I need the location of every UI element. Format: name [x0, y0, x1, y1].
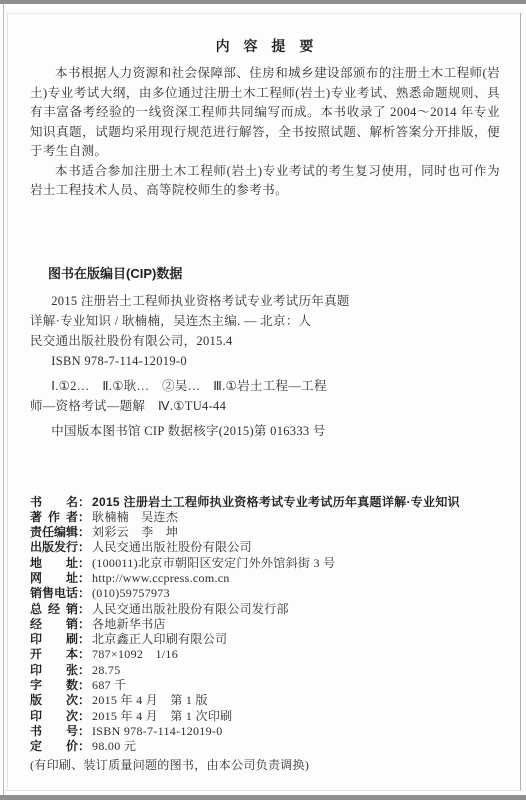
- colophon-label: 版次: [30, 693, 78, 708]
- colophon-row: 印刷：北京鑫正人印刷有限公司: [30, 632, 500, 647]
- colophon-value: 787×1092 1/16: [92, 647, 178, 662]
- colophon-separator: ：: [78, 617, 90, 632]
- colophon-row: 定价：98.00 元: [30, 739, 500, 754]
- colophon-label: 开本: [30, 647, 78, 662]
- colophon-label: 出版发行: [30, 540, 78, 555]
- colophon-label: 印次: [30, 709, 78, 724]
- colophon-value: 2015 年 4 月 第 1 次印刷: [92, 709, 232, 724]
- colophon-row: 出版发行：人民交通出版社股份有限公司: [30, 540, 500, 555]
- colophon-row: 字数：687 千: [30, 678, 500, 693]
- colophon-value: 北京鑫正人印刷有限公司: [92, 632, 227, 647]
- colophon-value: 2015 年 4 月 第 1 版: [92, 693, 208, 708]
- colophon-separator: ：: [78, 739, 90, 754]
- colophon-row: 书名：2015 注册岩土工程师执业资格考试专业考试历年真题详解·专业知识: [30, 495, 500, 510]
- page-content: 内 容 提 要 本书根据人力资源和社会保障部、住房和城乡建设部颁布的注册土木工程…: [0, 36, 526, 773]
- summary-title: 内 容 提 要: [30, 36, 500, 56]
- colophon-separator: ：: [78, 510, 90, 525]
- colophon-note: (有印刷、装订质量问题的图书，由本公司负责调换): [30, 758, 500, 773]
- colophon-label: 著作者: [30, 510, 78, 525]
- page-bottom-edge: [0, 795, 526, 800]
- colophon-label: 印张: [30, 663, 78, 678]
- colophon-separator: ：: [78, 693, 90, 708]
- colophon-value: ISBN 978-7-114-12019-0: [92, 724, 222, 739]
- colophon-separator: ：: [78, 724, 90, 739]
- colophon-label: 书名: [30, 495, 78, 510]
- colophon-value: 687 千: [92, 678, 127, 693]
- page-bottom-edge-line: [4, 790, 522, 791]
- colophon-row: 销售电话：(010)59757973: [30, 586, 500, 601]
- colophon-label: 经销: [30, 617, 78, 632]
- colophon-value: 98.00 元: [92, 739, 136, 754]
- cip-block: 2015 注册岩土工程师执业资格考试专业考试历年真题详解·专业知识 / 耿楠楠，…: [30, 291, 500, 441]
- cip-heading: 图书在版编目(CIP)数据: [48, 263, 500, 282]
- colophon-row: 开本：787×1092 1/16: [30, 647, 500, 662]
- colophon-label: 字数: [30, 678, 78, 693]
- colophon-value: 28.75: [92, 663, 121, 678]
- colophon-row: 地址：(100011)北京市朝阳区安定门外外馆斜街 3 号: [30, 556, 500, 571]
- colophon-label: 网址: [30, 571, 78, 586]
- colophon-row: 责任编辑：刘彩云 李 坤: [30, 525, 500, 540]
- colophon-value: (100011)北京市朝阳区安定门外外馆斜街 3 号: [92, 556, 335, 571]
- colophon-value: http://www.ccpress.com.cn: [92, 571, 230, 586]
- colophon-separator: ：: [78, 632, 90, 647]
- colophon-row: 总经销：人民交通出版社股份有限公司发行部: [30, 602, 500, 617]
- summary-paragraph: 本书适合参加注册土木工程师(岩土)专业考试的考生复习使用，同时也可作为岩土工程技…: [30, 162, 500, 201]
- cip-line: 民交通出版社股份有限公司，2015.4: [30, 331, 500, 351]
- colophon-row: 印张：28.75: [30, 663, 500, 678]
- summary-paragraph: 本书根据人力资源和社会保障部、住房和城乡建设部颁布的注册土木工程师(岩土)专业考…: [30, 64, 500, 162]
- colophon-separator: ：: [78, 586, 90, 601]
- colophon-label: 总经销: [30, 602, 78, 617]
- colophon-separator: ：: [78, 495, 90, 510]
- colophon-label: 印刷: [30, 632, 78, 647]
- colophon-label: 定价: [30, 739, 78, 754]
- colophon-separator: ：: [78, 525, 90, 540]
- colophon-value: (010)59757973: [92, 586, 170, 601]
- page-top-edge: [0, 0, 526, 4]
- colophon-value: 各地新华书店: [92, 617, 166, 632]
- colophon-label: 地址: [30, 556, 78, 571]
- colophon-separator: ：: [78, 647, 90, 662]
- colophon-value: 刘彩云 李 坤: [92, 525, 178, 540]
- colophon-row: 书号：ISBN 978-7-114-12019-0: [30, 724, 500, 739]
- colophon-label: 销售电话: [30, 586, 78, 601]
- colophon-value: 耿楠楠 吴连杰: [92, 510, 178, 525]
- colophon-label: 书号: [30, 724, 78, 739]
- colophon-row: 网址：http://www.ccpress.com.cn: [30, 571, 500, 586]
- cip-line: 中国版本图书馆 CIP 数据核字(2015)第 016333 号: [30, 421, 500, 441]
- colophon-separator: ：: [78, 602, 90, 617]
- colophon-separator: ：: [78, 678, 90, 693]
- colophon-list: 书名：2015 注册岩土工程师执业资格考试专业考试历年真题详解·专业知识著作者：…: [30, 495, 500, 755]
- colophon-row: 经销：各地新华书店: [30, 617, 500, 632]
- cip-line: 师—资格考试—题解 Ⅳ.①TU4-44: [30, 396, 500, 416]
- book-copyright-page: 内 容 提 要 本书根据人力资源和社会保障部、住房和城乡建设部颁布的注册土木工程…: [0, 0, 526, 800]
- colophon-value: 人民交通出版社股份有限公司: [92, 540, 252, 555]
- colophon-row: 印次：2015 年 4 月 第 1 次印刷: [30, 709, 500, 724]
- colophon-separator: ：: [78, 540, 90, 555]
- colophon-row: 版次：2015 年 4 月 第 1 版: [30, 693, 500, 708]
- colophon-separator: ：: [78, 556, 90, 571]
- colophon-label: 责任编辑: [30, 525, 78, 540]
- cip-line: 2015 注册岩土工程师执业资格考试专业考试历年真题: [30, 291, 500, 311]
- colophon-value: 人民交通出版社股份有限公司发行部: [92, 602, 289, 617]
- cip-line: 详解·专业知识 / 耿楠楠，吴连杰主编. — 北京：人: [30, 311, 500, 331]
- page-top-edge-line: [6, 13, 524, 14]
- colophon-separator: ：: [78, 571, 90, 586]
- cip-line: Ⅰ.①2… Ⅱ.①耿… ②吴… Ⅲ.①岩土工程—工程: [30, 376, 500, 396]
- colophon-separator: ：: [78, 709, 90, 724]
- colophon-separator: ：: [78, 663, 90, 678]
- colophon-row: 著作者：耿楠楠 吴连杰: [30, 510, 500, 525]
- colophon-value: 2015 注册岩土工程师执业资格考试专业考试历年真题详解·专业知识: [92, 495, 460, 510]
- summary-paragraphs: 本书根据人力资源和社会保障部、住房和城乡建设部颁布的注册土木工程师(岩土)专业考…: [30, 64, 500, 201]
- cip-line: ISBN 978-7-114-12019-0: [30, 351, 500, 371]
